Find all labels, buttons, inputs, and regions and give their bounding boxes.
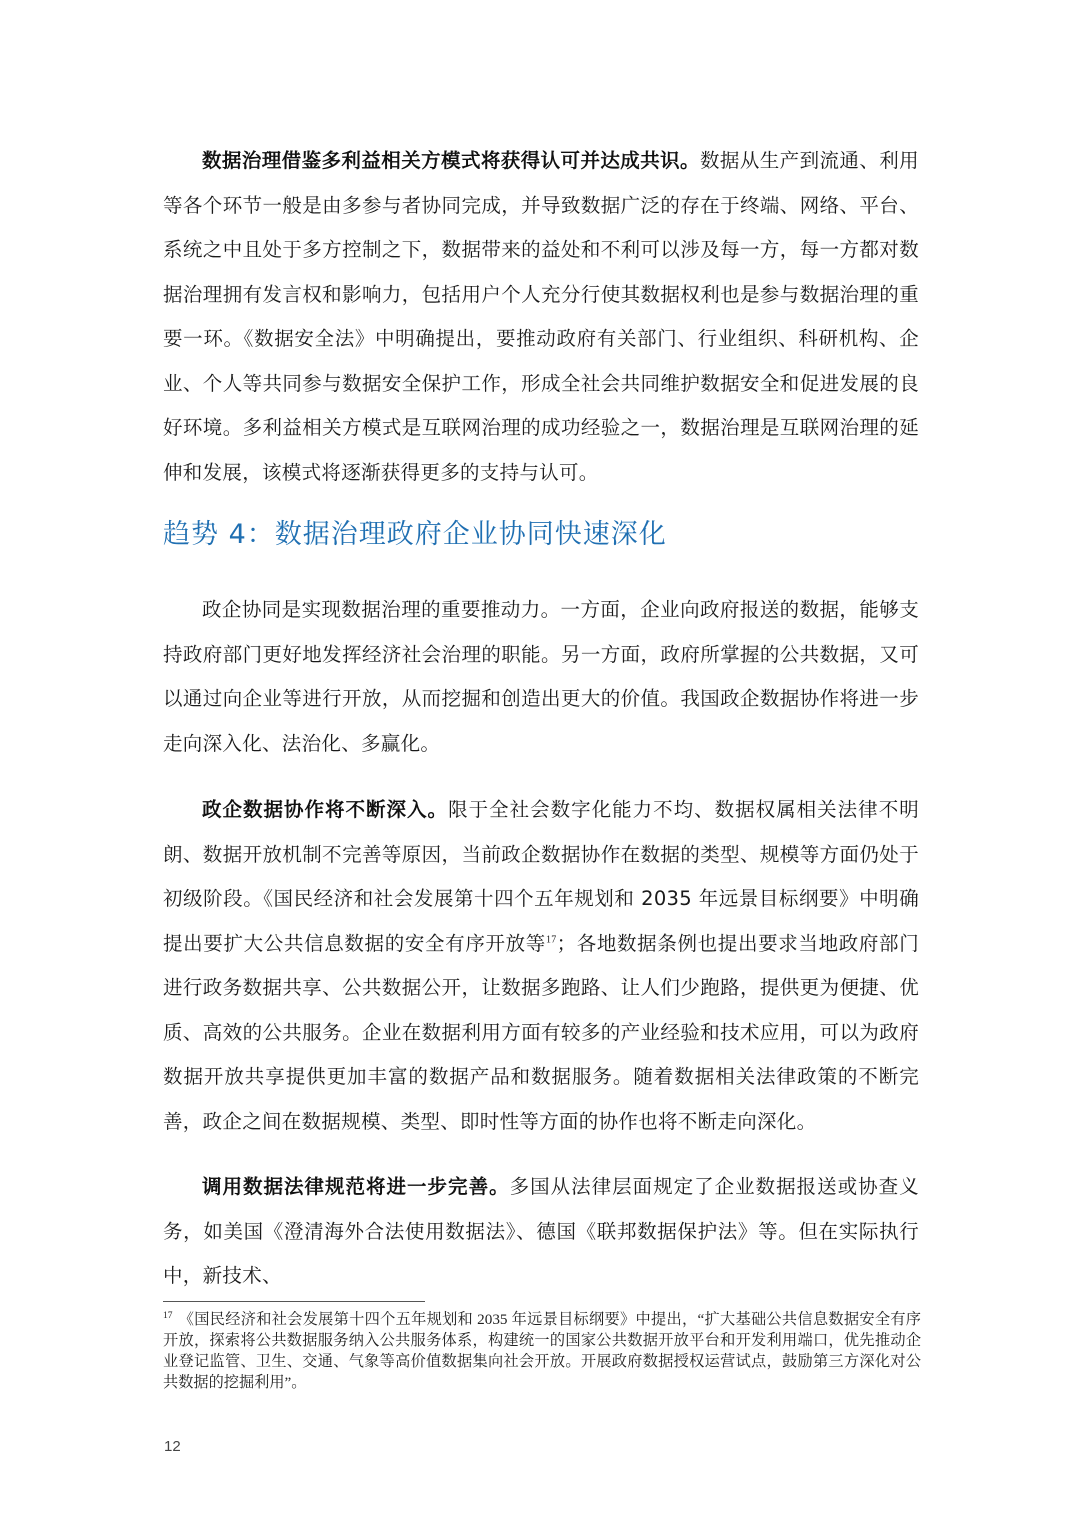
- footnote-reference[interactable]: 17: [546, 934, 557, 945]
- paragraph-lead: 政企数据协作将不断深入。: [202, 798, 448, 821]
- paragraph-gov-enterprise-intro: 政企协同是实现数据治理的重要推动力。一方面，企业向政府报送的数据，能够支持政府部…: [163, 588, 919, 766]
- footnote-text: 《国民经济和社会发展第十四个五年规划和 2035 年远景目标纲要》中提出，“扩大…: [163, 1311, 921, 1391]
- paragraph-lead: 数据治理借鉴多利益相关方模式将获得认可并达成共识。: [202, 149, 700, 172]
- paragraph-collaboration-deepening: 政企数据协作将不断深入。限于全社会数字化能力不均、数据权属相关法律不明朗、数据开…: [163, 788, 919, 1144]
- paragraph-multistakeholder: 数据治理借鉴多利益相关方模式将获得认可并达成共识。数据从生产到流通、利用等各个环…: [163, 139, 919, 495]
- page-number: 12: [164, 1438, 181, 1455]
- paragraph-body: 数据从生产到流通、利用等各个环节一般是由多参与者协同完成，并导致数据广泛的存在于…: [163, 149, 919, 484]
- paragraph-legal-norms: 调用数据法律规范将进一步完善。多国从法律层面规定了企业数据报送或协查义务，如美国…: [163, 1165, 919, 1299]
- footnote-divider: [163, 1301, 425, 1302]
- footnote: 17《国民经济和社会发展第十四个五年规划和 2035 年远景目标纲要》中提出，“…: [163, 1309, 921, 1393]
- footnote-number: 17: [163, 1311, 173, 1321]
- paragraph-body-part2: ；各地数据条例也提出要求当地政府部门进行政务数据共享、公共数据公开，让数据多跑路…: [163, 932, 919, 1133]
- paragraph-lead: 调用数据法律规范将进一步完善。: [202, 1175, 510, 1198]
- section-heading: 趋势 4：数据治理政府企业协同快速深化: [163, 512, 667, 551]
- paragraph-body: 政企协同是实现数据治理的重要推动力。一方面，企业向政府报送的数据，能够支持政府部…: [163, 598, 919, 755]
